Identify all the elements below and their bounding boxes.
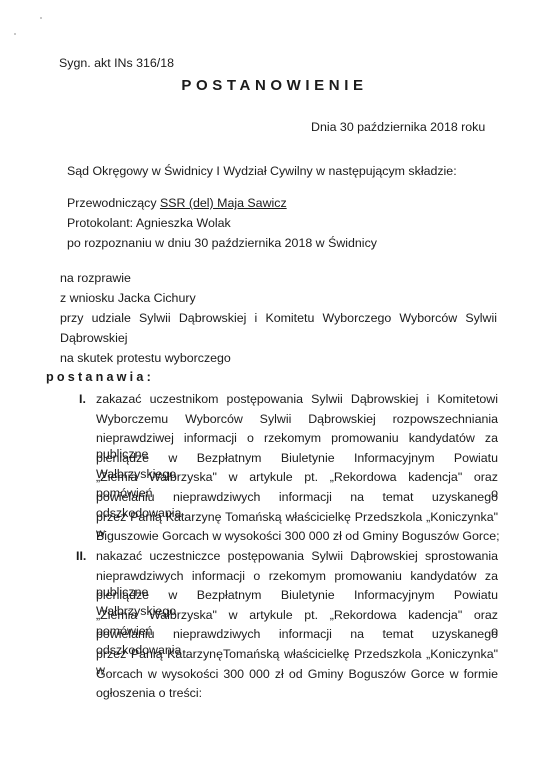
court-line: Sąd Okręgowy w Świdnicy I Wydział Cywiln… <box>67 163 457 179</box>
intro-line: Dąbrowskiej <box>60 330 127 346</box>
document-page: Sygn. akt INs 316/18 POSTANOWIENIE Dnia … <box>0 0 543 768</box>
scan-artifact <box>14 33 16 35</box>
date-line: Dnia 30 października 2018 roku <box>311 119 485 135</box>
point-line: zakazać uczestnikom postępowania Sylwii … <box>96 391 498 407</box>
point-line: Wyborczemu Wyborców Sylwii Dąbrowskiej r… <box>96 411 498 427</box>
intro-line: przy udziale Sylwii Dąbrowskiej i Komite… <box>60 310 497 326</box>
presiding-name: SSR (del) Maja Sawicz <box>160 196 287 210</box>
clerk-line: Protokolant: Agnieszka Wolak <box>67 215 231 231</box>
hearing-line: po rozpoznaniu w dniu 30 października 20… <box>67 235 377 251</box>
point-number: II. <box>76 548 86 564</box>
point-line: nakazać uczestniczce postępowania Sylwii… <box>96 548 498 564</box>
scan-artifact <box>40 17 42 19</box>
case-signature: Sygn. akt INs 316/18 <box>59 55 174 71</box>
point-line: Biguszowie Gorcach w wysokości 300 000 z… <box>96 528 500 544</box>
intro-line: z wniosku Jacka Cichury <box>60 290 196 306</box>
presiding-label: Przewodniczący <box>67 196 160 210</box>
intro-line: na rozprawie <box>60 270 131 286</box>
point-line: ogłoszenia o treści: <box>96 685 202 701</box>
intro-line: na skutek protestu wyborczego <box>60 350 231 366</box>
document-title: POSTANOWIENIE <box>0 77 543 94</box>
point-line: Gorcach w wysokości 300 000 zł od Gminy … <box>96 666 498 682</box>
decides-heading: postanawia: <box>46 369 154 385</box>
point-number: I. <box>79 391 86 407</box>
presiding-line: Przewodniczący SSR (del) Maja Sawicz <box>67 195 287 211</box>
